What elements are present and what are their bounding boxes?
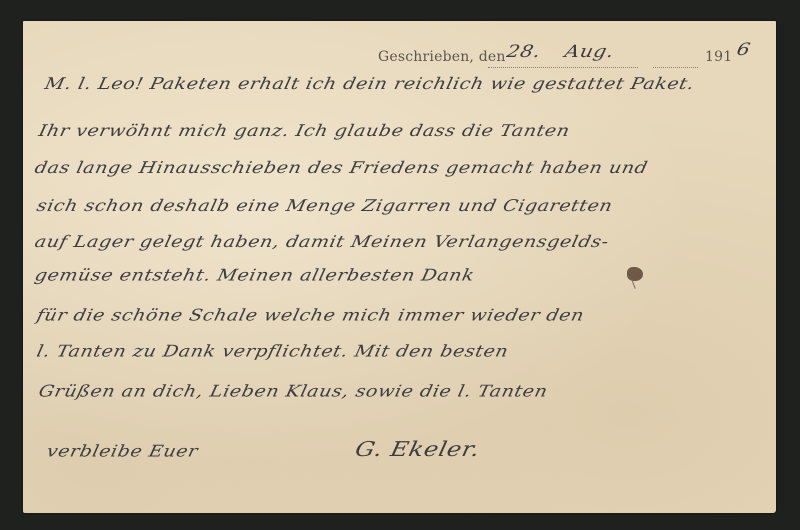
postcard: Geschrieben, den 191 28. Aug. 6 M. l. Le… [23,21,776,513]
handwritten-year-digit: 6 [735,39,753,59]
letter-line: Ihr verwöhnt mich ganz. Ich glaube dass … [37,121,572,140]
letter-line: l. Tanten zu Dank verpflichtet. Mit den … [35,342,510,361]
printed-date-header: Geschrieben, den [378,49,506,65]
stain-spot [627,267,643,281]
letter-line: das lange Hinausschieben des Friedens ge… [33,158,650,177]
letter-line: sich schon deshalb eine Menge Zigarren u… [35,196,614,215]
letter-line: M. l. Leo! Paketen erhalt ich dein reich… [43,74,696,93]
letter-line: für die schöne Schale welche mich immer … [35,306,586,325]
year-dotted-line [653,51,698,68]
printed-header-text: Geschrieben, den [378,49,506,65]
letter-line: gemüse entsteht. Meinen allerbesten Dank [33,266,476,285]
handwritten-month: Aug. [563,41,616,61]
signature: G. Ekeler. [353,437,482,461]
letter-closing: verbleibe Euer [45,442,200,461]
letter-line: Grüßen an dich, Lieben Klaus, sowie die … [37,382,550,401]
printed-year-prefix: 191 [705,49,732,65]
handwritten-day: 28. [505,41,543,61]
letter-line: auf Lager gelegt haben, damit Meinen Ver… [33,232,611,251]
